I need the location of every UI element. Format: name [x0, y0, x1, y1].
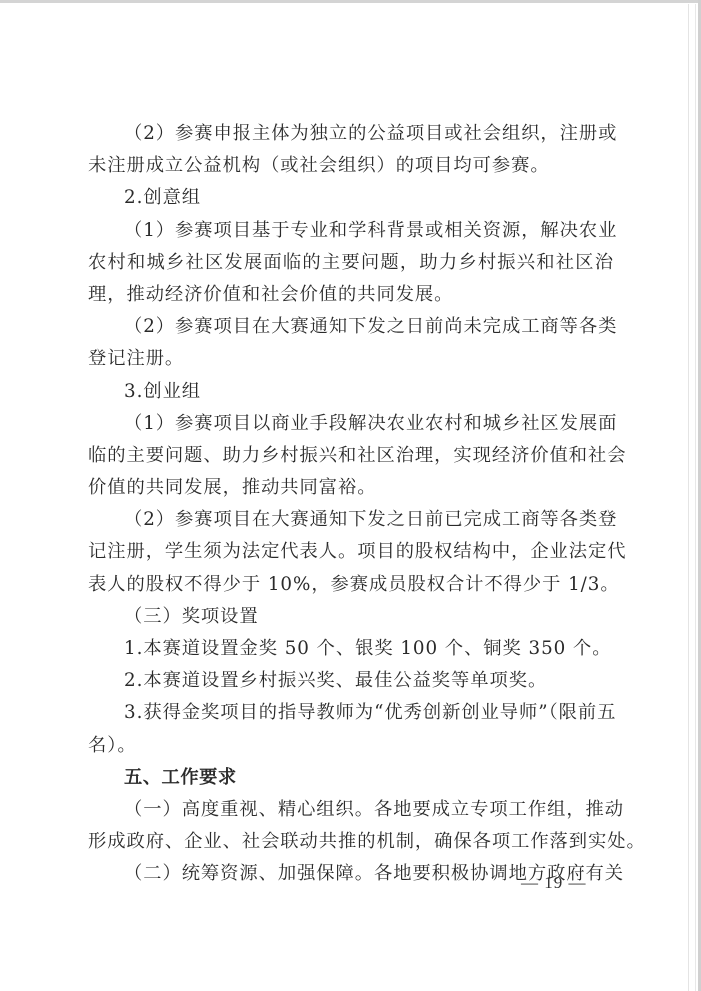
page-number: — 19 — — [521, 873, 587, 893]
list-item: 3.获得金奖项目的指导教师为“优秀创新创业导师”（限前五 — [88, 697, 614, 729]
text-line: 理，推动经济价值和社会价值的共同发展。 — [88, 279, 614, 311]
text-line: 临的主要问题、助力乡村振兴和社区治理，实现经济价值和社会 — [88, 440, 614, 472]
list-item: 1.本赛道设置金奖 50 个、银奖 100 个、铜奖 350 个。 — [88, 633, 614, 665]
chapter-heading-work-requirements: 五、工作要求 — [88, 762, 614, 794]
text-line: （2）参赛项目在大赛通知下发之日前已完成工商等各类登 — [88, 504, 614, 536]
list-item: 2.本赛道设置乡村振兴奖、最佳公益奖等单项奖。 — [88, 665, 614, 697]
page-edge-line — [695, 4, 696, 991]
text-line: （2）参赛项目在大赛通知下发之日前尚未完成工商等各类 — [88, 311, 614, 343]
text-line: （2）参赛申报主体为独立的公益项目或社会组织，注册或 — [88, 118, 614, 150]
subsection-title-creative: 2.创意组 — [88, 182, 614, 214]
text-line: （1）参赛项目基于专业和学科背景或相关资源，解决农业 — [88, 215, 614, 247]
text-line: 价值的共同发展，推动共同富裕。 — [88, 472, 614, 504]
text-line: 形成政府、企业、社会联动共推的机制，确保各项工作落到实处。 — [88, 826, 614, 858]
text-line: 登记注册。 — [88, 343, 614, 375]
text-line: （1）参赛项目以商业手段解决农业农村和城乡社区发展面 — [88, 408, 614, 440]
document-body: （2）参赛申报主体为独立的公益项目或社会组织，注册或 未注册成立公益机构（或社会… — [88, 118, 614, 891]
text-line: 名）。 — [88, 730, 614, 762]
text-line: 表人的股权不得少于 10%，参赛成员股权合计不得少于 1/3。 — [88, 569, 614, 601]
section-title-awards: （三）奖项设置 — [88, 601, 614, 633]
text-line: 农村和城乡社区发展面临的主要问题，助力乡村振兴和社区治 — [88, 247, 614, 279]
subsection-title-startup: 3.创业组 — [88, 376, 614, 408]
text-line: （一）高度重视、精心组织。各地要成立专项工作组，推动 — [88, 794, 614, 826]
page-edge-line — [688, 4, 689, 991]
text-line: 未注册成立公益机构（或社会组织）的项目均可参赛。 — [88, 150, 614, 182]
text-line: 记注册，学生须为法定代表人。项目的股权结构中，企业法定代 — [88, 536, 614, 568]
scan-top-edge — [0, 0, 701, 3]
